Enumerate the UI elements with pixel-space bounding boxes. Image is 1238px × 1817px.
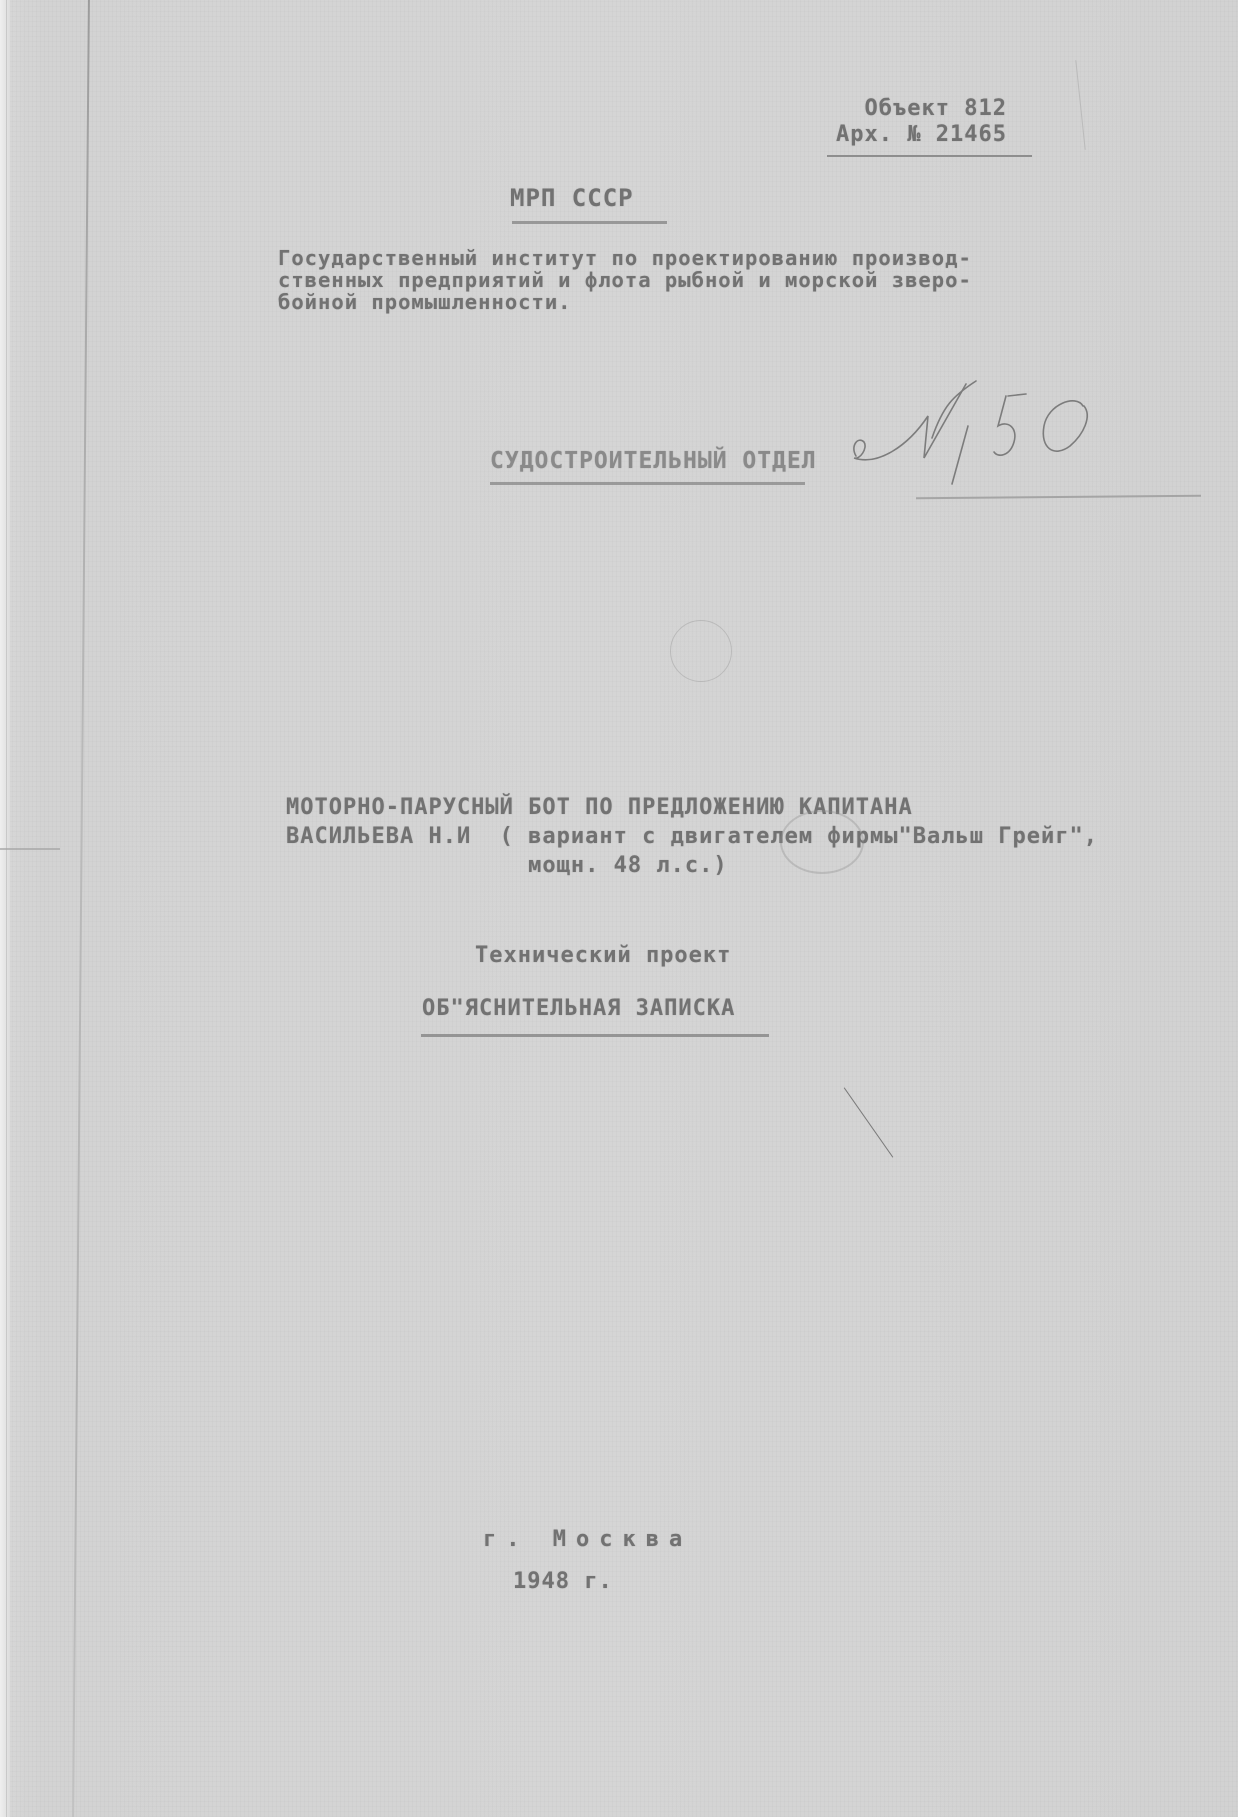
- project-title-line: мощн. 48 л.с.): [286, 851, 1098, 880]
- institute-line: Государственный институт по проектирован…: [278, 247, 972, 269]
- project-title: МОТОРНО-ПАРУСНЫЙ БОТ ПО ПРЕДЛОЖЕНИЮ КАПИ…: [286, 793, 1098, 880]
- archive-number: Арх. № 21465: [836, 122, 1007, 148]
- svg-text:№150: №150: [848, 376, 851, 377]
- handwritten-number-mark: №150: [848, 376, 1108, 486]
- department-underline: [490, 482, 805, 485]
- archive-reference: Объект 812Арх. № 21465: [836, 96, 1007, 148]
- paper-crease: [0, 848, 60, 850]
- institute-name: Государственный институт по проектирован…: [278, 247, 972, 313]
- pencil-mark: [1075, 60, 1085, 150]
- document-type: Технический проект: [475, 943, 731, 968]
- binding-edge: [0, 0, 10, 1817]
- year: 1948 г.: [513, 1569, 613, 1594]
- fold-line: [72, 0, 90, 1817]
- document-name: ОБ"ЯСНИТЕЛЬНАЯ ЗАПИСКА: [422, 996, 735, 1021]
- project-title-line: МОТОРНО-ПАРУСНЫЙ БОТ ПО ПРЕДЛОЖЕНИЮ КАПИ…: [286, 793, 1098, 822]
- document-name-underline: [421, 1034, 769, 1037]
- stray-pencil-mark: [844, 1087, 894, 1157]
- paper-stain: [780, 810, 864, 874]
- archive-underline: [827, 155, 1032, 157]
- ministry-underline: [512, 221, 667, 224]
- margin-line: [6, 0, 7, 1817]
- handwritten-underline: [916, 495, 1201, 499]
- city: г. Москва: [483, 1527, 692, 1552]
- paper-stain: [670, 620, 732, 682]
- institute-line: бойной промышленности.: [278, 291, 972, 313]
- institute-line: ственных предприятий и флота рыбной и мо…: [278, 269, 972, 291]
- project-title-line: ВАСИЛЬЕВА Н.И ( вариант с двигателем фир…: [286, 822, 1098, 851]
- archive-object-number: Объект 812: [836, 96, 1007, 122]
- document-page: Объект 812Арх. № 21465 МРП СССР Государс…: [0, 0, 1238, 1817]
- ministry-heading: МРП СССР: [510, 184, 634, 212]
- department-heading: СУДОСТРОИТЕЛЬНЫЙ ОТДЕЛ: [490, 448, 817, 474]
